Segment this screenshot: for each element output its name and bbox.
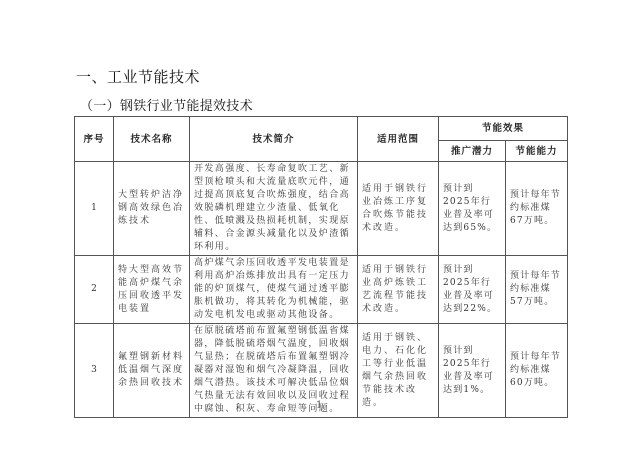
- cell-intro: 高炉煤气余压回收透平发电装置是利用高炉冶炼排放出具有一定压力能的炉顶煤气，使煤气…: [190, 256, 358, 324]
- cell-capacity: 预计每年节约标准煤 57万吨。: [506, 256, 568, 324]
- cell-scope: 适用于钢铁、电力、石化化工等行业低温烟气余热回收节能技术改造。: [358, 324, 439, 418]
- cell-name: 大型转炉洁净钢高效绿色冶炼技术: [114, 162, 190, 256]
- header-index: 序号: [75, 117, 114, 162]
- cell-intro: 开发高强度、长寿命复吹工艺、新型顶枪喷头和大流量底吹元件，通过提高顶底复合吹炼强…: [190, 162, 358, 256]
- header-intro: 技术简介: [190, 117, 358, 162]
- cell-potential: 预计到2025年行业普及率可达到65%。: [439, 162, 506, 256]
- header-potential: 推广潜力: [439, 141, 506, 162]
- cell-capacity: 预计每年节约标准煤 67万吨。: [506, 162, 568, 256]
- cell-intro: 在原脱硫塔前布置氟塑钢低温省煤器，降低脱硫塔烟气温度，回收烟气显热；在脱硫塔后布…: [190, 324, 358, 418]
- table-row: 1 大型转炉洁净钢高效绿色冶炼技术 开发高强度、长寿命复吹工艺、新型顶枪喷头和大…: [75, 162, 568, 256]
- page-number: 1: [316, 400, 322, 411]
- header-name: 技术名称: [114, 117, 190, 162]
- cell-index: 2: [75, 256, 114, 324]
- cell-index: 3: [75, 324, 114, 418]
- cell-potential: 预计到2025年行业普及率可达到22%。: [439, 256, 506, 324]
- cell-name: 特大型高效节能高炉煤气余压回收透平发电装置: [114, 256, 190, 324]
- energy-saving-tech-table: 序号 技术名称 技术简介 适用范围 节能效果 推广潜力 节能能力 1 大型转炉洁…: [74, 116, 568, 418]
- cell-scope: 适用于钢铁行业高炉炼铁工艺流程节能技术改造。: [358, 256, 439, 324]
- header-row: 序号 技术名称 技术简介 适用范围 节能效果: [75, 117, 568, 141]
- cell-potential: 预计到2025年行业普及率可达到1%。: [439, 324, 506, 418]
- table-row: 2 特大型高效节能高炉煤气余压回收透平发电装置 高炉煤气余压回收透平发电装置是利…: [75, 256, 568, 324]
- cell-capacity: 预计每年节约标准煤 60万吨。: [506, 324, 568, 418]
- section-title: 一、工业节能技术: [76, 66, 200, 87]
- subsection-title: （一）钢铁行业节能提效技术: [80, 95, 253, 114]
- header-capacity: 节能能力: [506, 141, 568, 162]
- cell-scope: 适用于钢铁行业冶炼工序复合吹炼节能技术改造。: [358, 162, 439, 256]
- cell-index: 1: [75, 162, 114, 256]
- header-effect-group: 节能效果: [439, 117, 568, 141]
- header-scope: 适用范围: [358, 117, 439, 162]
- cell-name: 氟塑钢新材料低温烟气深度余热回收技术: [114, 324, 190, 418]
